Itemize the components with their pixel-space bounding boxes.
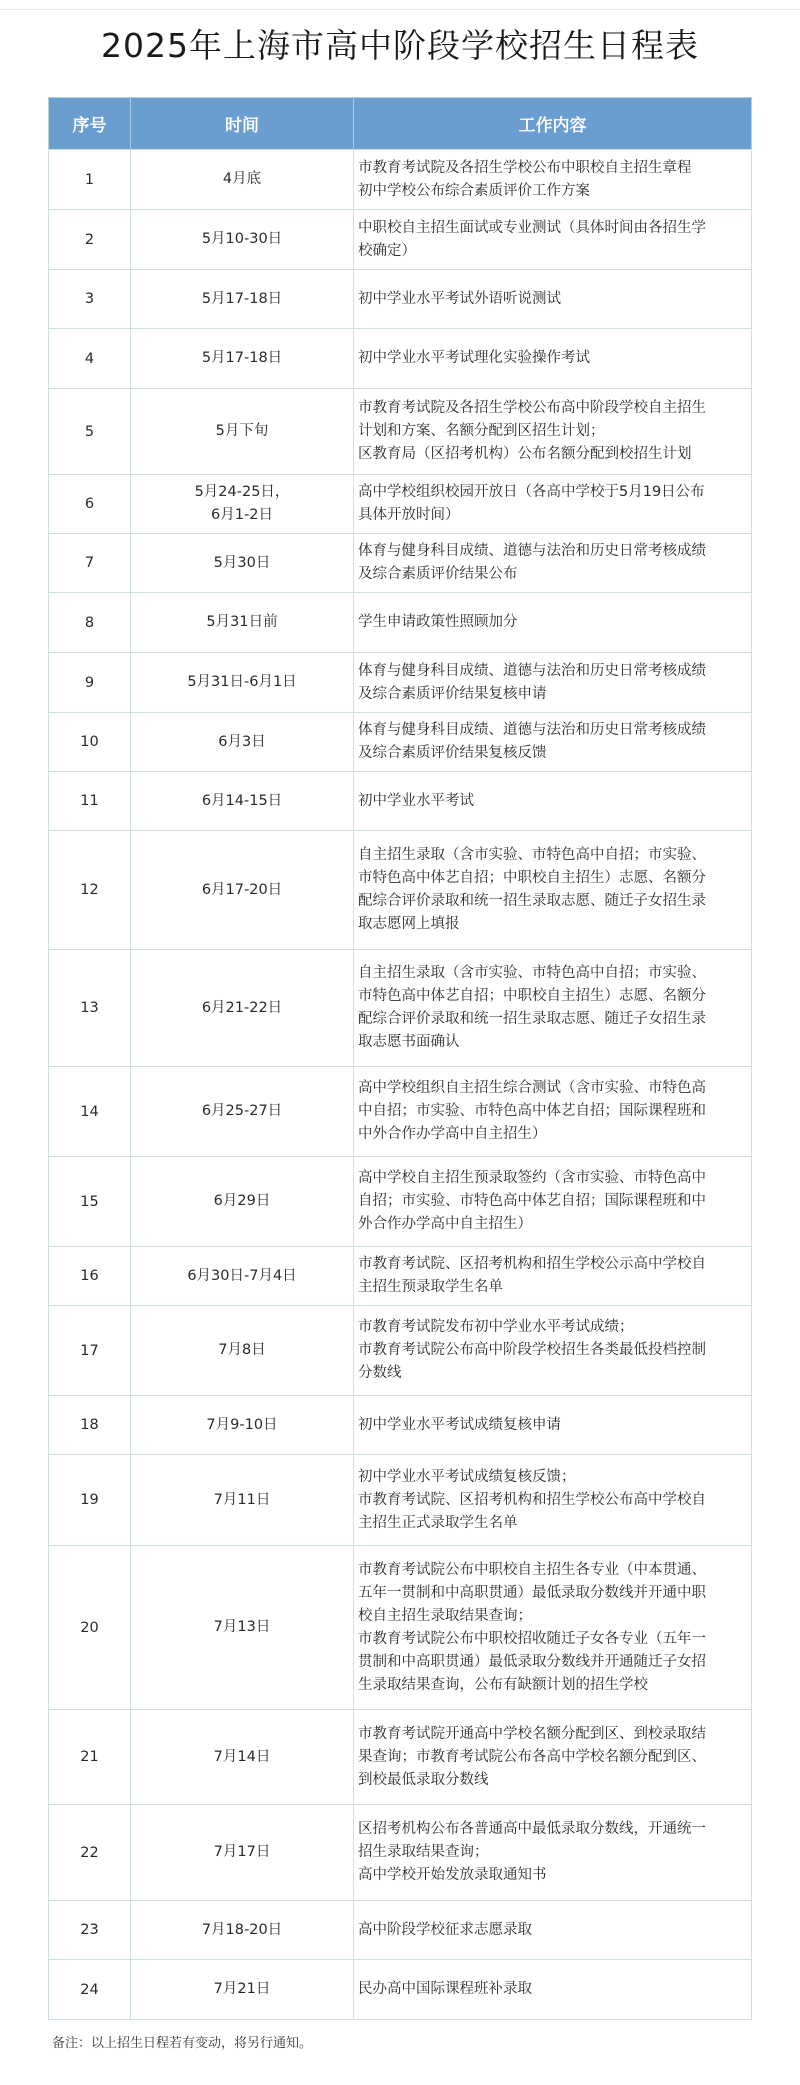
table-row: 14月底市教育考试院及各招生学校公布中职校自主招生章程初中学校公布综合素质评价工… (49, 150, 752, 210)
row-number: 17 (49, 1306, 131, 1396)
time-line: 5月10-30日 (131, 228, 353, 251)
content-line: 校自主招生录取结果查询； (358, 1605, 745, 1628)
content-line: 校确定） (358, 240, 745, 263)
content-line: 招生录取结果查询； (358, 1841, 745, 1864)
row-time: 7月8日 (131, 1306, 354, 1396)
content-line: 自招；市实验、市特色高中体艺自招；国际课程班和中 (358, 1190, 745, 1213)
time-line: 7月13日 (131, 1616, 353, 1639)
row-content: 市教育考试院、区招考机构和招生学校公示高中学校自主招生预录取学生名单 (354, 1247, 752, 1306)
row-time: 7月11日 (131, 1455, 354, 1546)
content-line: 体育与健身科目成绩、道德与法治和历史日常考核成绩 (358, 660, 745, 683)
content-line: 及综合素质评价结果复核反馈 (358, 742, 745, 765)
table-row: 45月17-18日初中学业水平考试理化实验操作考试 (49, 329, 752, 389)
content-line: 体育与健身科目成绩、道德与法治和历史日常考核成绩 (358, 540, 745, 563)
table-row: 227月17日区招考机构公布各普通高中最低录取分数线，开通统一招生录取结果查询；… (49, 1805, 752, 1901)
content-line: 自主招生录取（含市实验、市特色高中自招；市实验、 (358, 962, 745, 985)
row-number: 12 (49, 831, 131, 950)
content-line: 区教育局（区招考机构）公布名额分配到校招生计划 (358, 443, 745, 466)
table-row: 146月25-27日高中学校组织自主招生综合测试（含市实验、市特色高中自招；市实… (49, 1067, 752, 1157)
row-content: 高中学校组织校园开放日（各高中学校于5月19日公布具体开放时间） (354, 475, 752, 534)
table-row: 55月下旬市教育考试院及各招生学校公布高中阶段学校自主招生计划和方案、名额分配到… (49, 389, 752, 475)
content-line: 市教育考试院、区招考机构和招生学校公布高中学校自 (358, 1489, 745, 1512)
row-time: 7月17日 (131, 1805, 354, 1901)
content-line: 市教育考试院公布高中阶段学校招生各类最低投档控制 (358, 1339, 745, 1362)
row-number: 7 (49, 534, 131, 593)
row-time: 5月17-18日 (131, 270, 354, 329)
content-line: 到校最低录取分数线 (358, 1769, 745, 1792)
row-content: 初中学业水平考试成绩复核申请 (354, 1396, 752, 1455)
row-time: 7月13日 (131, 1546, 354, 1710)
row-time: 6月3日 (131, 713, 354, 772)
row-content: 体育与健身科目成绩、道德与法治和历史日常考核成绩及综合素质评价结果复核反馈 (354, 713, 752, 772)
time-line: 6月21-22日 (131, 997, 353, 1020)
table-header-row: 序号 时间 工作内容 (49, 98, 752, 150)
time-line: 5月31日前 (131, 611, 353, 634)
content-line: 市教育考试院公布中职校自主招生各专业（中本贯通、 (358, 1559, 745, 1582)
row-content: 初中学业水平考试成绩复核反馈；市教育考试院、区招考机构和招生学校公布高中学校自主… (354, 1455, 752, 1546)
content-line: 计划和方案、名额分配到区招生计划； (358, 420, 745, 443)
time-line: 5月31日-6月1日 (131, 671, 353, 694)
content-line: 配综合评价录取和统一招生录取志愿、随迁子女招生录 (358, 1008, 745, 1031)
row-time: 6月17-20日 (131, 831, 354, 950)
content-line: 初中学业水平考试外语听说测试 (358, 288, 745, 311)
time-line: 7月9-10日 (131, 1414, 353, 1437)
row-number: 2 (49, 210, 131, 270)
row-time: 5月10-30日 (131, 210, 354, 270)
row-content: 自主招生录取（含市实验、市特色高中自招；市实验、市特色高中体艺自招；中职校自主招… (354, 950, 752, 1067)
row-content: 学生申请政策性照顾加分 (354, 593, 752, 653)
content-line: 中职校自主招生面试或专业测试（具体时间由各招生学 (358, 217, 745, 240)
row-content: 体育与健身科目成绩、道德与法治和历史日常考核成绩及综合素质评价结果复核申请 (354, 653, 752, 713)
row-content: 高中学校组织自主招生综合测试（含市实验、市特色高中自招；市实验、市特色高中体艺自… (354, 1067, 752, 1157)
row-number: 15 (49, 1157, 131, 1247)
table-row: 237月18-20日高中阶段学校征求志愿录取 (49, 1901, 752, 1960)
row-number: 11 (49, 772, 131, 831)
time-line: 6月1-2日 (131, 504, 353, 527)
time-line: 5月17-18日 (131, 347, 353, 370)
content-line: 区招考机构公布各普通高中最低录取分数线，开通统一 (358, 1818, 745, 1841)
table-row: 126月17-20日自主招生录取（含市实验、市特色高中自招；市实验、市特色高中体… (49, 831, 752, 950)
row-number: 16 (49, 1247, 131, 1306)
row-number: 3 (49, 270, 131, 329)
content-line: 中自招；市实验、市特色高中体艺自招；国际课程班和 (358, 1100, 745, 1123)
row-number: 14 (49, 1067, 131, 1157)
row-content: 中职校自主招生面试或专业测试（具体时间由各招生学校确定） (354, 210, 752, 270)
time-line: 5月下旬 (131, 420, 353, 443)
row-number: 22 (49, 1805, 131, 1901)
page-title: 2025年上海市高中阶段学校招生日程表 (0, 22, 800, 70)
time-line: 7月14日 (131, 1746, 353, 1769)
row-number: 24 (49, 1960, 131, 2020)
row-time: 6月21-22日 (131, 950, 354, 1067)
time-line: 7月17日 (131, 1841, 353, 1864)
content-line: 中外合作办学高中自主招生） (358, 1123, 745, 1146)
content-line: 初中学业水平考试 (358, 790, 745, 813)
table-row: 95月31日-6月1日体育与健身科目成绩、道德与法治和历史日常考核成绩及综合素质… (49, 653, 752, 713)
content-line: 初中学业水平考试成绩复核申请 (358, 1414, 745, 1437)
row-time: 7月21日 (131, 1960, 354, 2020)
row-content: 市教育考试院开通高中学校名额分配到区、到校录取结果查询；市教育考试院公布各高中学… (354, 1710, 752, 1805)
row-time: 5月17-18日 (131, 329, 354, 389)
row-content: 市教育考试院及各招生学校公布高中阶段学校自主招生计划和方案、名额分配到区招生计划… (354, 389, 752, 475)
content-line: 分数线 (358, 1362, 745, 1385)
time-line: 7月8日 (131, 1339, 353, 1362)
content-line: 主招生预录取学生名单 (358, 1276, 745, 1299)
content-line: 果查询；市教育考试院公布各高中学校名额分配到区、 (358, 1746, 745, 1769)
time-line: 5月30日 (131, 552, 353, 575)
row-time: 6月14-15日 (131, 772, 354, 831)
footnote: 备注：以上招生日程若有变动，将另行通知。 (52, 2032, 312, 2051)
schedule-table: 序号 时间 工作内容 14月底市教育考试院及各招生学校公布中职校自主招生章程初中… (48, 97, 752, 2020)
row-number: 9 (49, 653, 131, 713)
table-row: 187月9-10日初中学业水平考试成绩复核申请 (49, 1396, 752, 1455)
table-row: 65月24-25日，6月1-2日高中学校组织校园开放日（各高中学校于5月19日公… (49, 475, 752, 534)
row-time: 5月30日 (131, 534, 354, 593)
content-line: 民办高中国际课程班补录取 (358, 1978, 745, 2001)
row-time: 5月31日-6月1日 (131, 653, 354, 713)
time-line: 6月25-27日 (131, 1100, 353, 1123)
table-row: 75月30日体育与健身科目成绩、道德与法治和历史日常考核成绩及综合素质评价结果公… (49, 534, 752, 593)
header-content: 工作内容 (354, 98, 752, 150)
content-line: 初中学业水平考试理化实验操作考试 (358, 347, 745, 370)
row-number: 21 (49, 1710, 131, 1805)
row-number: 10 (49, 713, 131, 772)
table-row: 207月13日市教育考试院公布中职校自主招生各专业（中本贯通、五年一贯制和中高职… (49, 1546, 752, 1710)
time-line: 6月3日 (131, 731, 353, 754)
content-line: 高中学校组织校园开放日（各高中学校于5月19日公布 (358, 481, 745, 504)
time-line: 6月29日 (131, 1190, 353, 1213)
table-body: 14月底市教育考试院及各招生学校公布中职校自主招生章程初中学校公布综合素质评价工… (49, 150, 752, 2020)
header-time: 时间 (131, 98, 354, 150)
content-line: 初中学业水平考试成绩复核反馈； (358, 1466, 745, 1489)
row-number: 20 (49, 1546, 131, 1710)
content-line: 市教育考试院及各招生学校公布高中阶段学校自主招生 (358, 397, 745, 420)
content-line: 具体开放时间） (358, 504, 745, 527)
content-line: 取志愿网上填报 (358, 913, 745, 936)
row-time: 5月下旬 (131, 389, 354, 475)
table-row: 156月29日高中学校自主招生预录取签约（含市实验、市特色高中自招；市实验、市特… (49, 1157, 752, 1247)
row-number: 4 (49, 329, 131, 389)
top-divider (0, 9, 800, 10)
row-content: 市教育考试院及各招生学校公布中职校自主招生章程初中学校公布综合素质评价工作方案 (354, 150, 752, 210)
row-time: 7月9-10日 (131, 1396, 354, 1455)
row-time: 6月29日 (131, 1157, 354, 1247)
table-row: 25月10-30日中职校自主招生面试或专业测试（具体时间由各招生学校确定） (49, 210, 752, 270)
time-line: 4月底 (131, 168, 353, 191)
row-time: 4月底 (131, 150, 354, 210)
time-line: 5月24-25日， (131, 481, 353, 504)
content-line: 初中学校公布综合素质评价工作方案 (358, 180, 745, 203)
content-line: 生录取结果查询，公布有缺额计划的招生学校 (358, 1674, 745, 1697)
content-line: 及综合素质评价结果公布 (358, 563, 745, 586)
row-number: 19 (49, 1455, 131, 1546)
content-line: 高中学校开始发放录取通知书 (358, 1864, 745, 1887)
time-line: 7月21日 (131, 1978, 353, 2001)
content-line: 配综合评价录取和统一招生录取志愿、随迁子女招生录 (358, 890, 745, 913)
row-time: 7月14日 (131, 1710, 354, 1805)
row-content: 体育与健身科目成绩、道德与法治和历史日常考核成绩及综合素质评价结果公布 (354, 534, 752, 593)
row-time: 6月30日-7月4日 (131, 1247, 354, 1306)
table-row: 116月14-15日初中学业水平考试 (49, 772, 752, 831)
content-line: 市教育考试院、区招考机构和招生学校公示高中学校自 (358, 1253, 745, 1276)
row-time: 7月18-20日 (131, 1901, 354, 1960)
time-line: 6月30日-7月4日 (131, 1265, 353, 1288)
row-content: 高中学校自主招生预录取签约（含市实验、市特色高中自招；市实验、市特色高中体艺自招… (354, 1157, 752, 1247)
row-time: 5月24-25日，6月1-2日 (131, 475, 354, 534)
content-line: 市教育考试院及各招生学校公布中职校自主招生章程 (358, 157, 745, 180)
row-content: 初中学业水平考试理化实验操作考试 (354, 329, 752, 389)
content-line: 高中学校组织自主招生综合测试（含市实验、市特色高 (358, 1077, 745, 1100)
content-line: 学生申请政策性照顾加分 (358, 611, 745, 634)
content-line: 市特色高中体艺自招；中职校自主招生）志愿、名额分 (358, 867, 745, 890)
table-row: 106月3日体育与健身科目成绩、道德与法治和历史日常考核成绩及综合素质评价结果复… (49, 713, 752, 772)
row-content: 区招考机构公布各普通高中最低录取分数线，开通统一招生录取结果查询；高中学校开始发… (354, 1805, 752, 1901)
row-content: 初中学业水平考试外语听说测试 (354, 270, 752, 329)
row-content: 民办高中国际课程班补录取 (354, 1960, 752, 2020)
table-row: 166月30日-7月4日市教育考试院、区招考机构和招生学校公示高中学校自主招生预… (49, 1247, 752, 1306)
content-line: 高中学校自主招生预录取签约（含市实验、市特色高中 (358, 1167, 745, 1190)
row-time: 5月31日前 (131, 593, 354, 653)
time-line: 5月17-18日 (131, 288, 353, 311)
row-number: 6 (49, 475, 131, 534)
row-content: 市教育考试院发布初中学业水平考试成绩；市教育考试院公布高中阶段学校招生各类最低投… (354, 1306, 752, 1396)
row-number: 13 (49, 950, 131, 1067)
content-line: 五年一贯制和中高职贯通）最低录取分数线并开通中职 (358, 1582, 745, 1605)
content-line: 市教育考试院发布初中学业水平考试成绩； (358, 1316, 745, 1339)
row-number: 23 (49, 1901, 131, 1960)
row-content: 自主招生录取（含市实验、市特色高中自招；市实验、市特色高中体艺自招；中职校自主招… (354, 831, 752, 950)
row-number: 18 (49, 1396, 131, 1455)
content-line: 及综合素质评价结果复核申请 (358, 683, 745, 706)
row-content: 市教育考试院公布中职校自主招生各专业（中本贯通、五年一贯制和中高职贯通）最低录取… (354, 1546, 752, 1710)
time-line: 7月11日 (131, 1489, 353, 1512)
row-number: 1 (49, 150, 131, 210)
time-line: 6月14-15日 (131, 790, 353, 813)
content-line: 市特色高中体艺自招；中职校自主招生）志愿、名额分 (358, 985, 745, 1008)
table-row: 35月17-18日初中学业水平考试外语听说测试 (49, 270, 752, 329)
row-content: 高中阶段学校征求志愿录取 (354, 1901, 752, 1960)
row-content: 初中学业水平考试 (354, 772, 752, 831)
content-line: 自主招生录取（含市实验、市特色高中自招；市实验、 (358, 844, 745, 867)
table-row: 197月11日初中学业水平考试成绩复核反馈；市教育考试院、区招考机构和招生学校公… (49, 1455, 752, 1546)
content-line: 外合作办学高中自主招生） (358, 1213, 745, 1236)
content-line: 市教育考试院开通高中学校名额分配到区、到校录取结 (358, 1723, 745, 1746)
table-row: 85月31日前学生申请政策性照顾加分 (49, 593, 752, 653)
row-time: 6月25-27日 (131, 1067, 354, 1157)
content-line: 体育与健身科目成绩、道德与法治和历史日常考核成绩 (358, 719, 745, 742)
time-line: 7月18-20日 (131, 1919, 353, 1942)
table-row: 217月14日市教育考试院开通高中学校名额分配到区、到校录取结果查询；市教育考试… (49, 1710, 752, 1805)
row-number: 8 (49, 593, 131, 653)
table-row: 247月21日民办高中国际课程班补录取 (49, 1960, 752, 2020)
content-line: 市教育考试院公布中职校招收随迁子女各专业（五年一 (358, 1628, 745, 1651)
time-line: 6月17-20日 (131, 879, 353, 902)
content-line: 取志愿书面确认 (358, 1031, 745, 1054)
header-number: 序号 (49, 98, 131, 150)
content-line: 高中阶段学校征求志愿录取 (358, 1919, 745, 1942)
table-row: 177月8日市教育考试院发布初中学业水平考试成绩；市教育考试院公布高中阶段学校招… (49, 1306, 752, 1396)
content-line: 主招生正式录取学生名单 (358, 1512, 745, 1535)
content-line: 贯制和中高职贯通）最低录取分数线并开通随迁子女招 (358, 1651, 745, 1674)
table-row: 136月21-22日自主招生录取（含市实验、市特色高中自招；市实验、市特色高中体… (49, 950, 752, 1067)
row-number: 5 (49, 389, 131, 475)
